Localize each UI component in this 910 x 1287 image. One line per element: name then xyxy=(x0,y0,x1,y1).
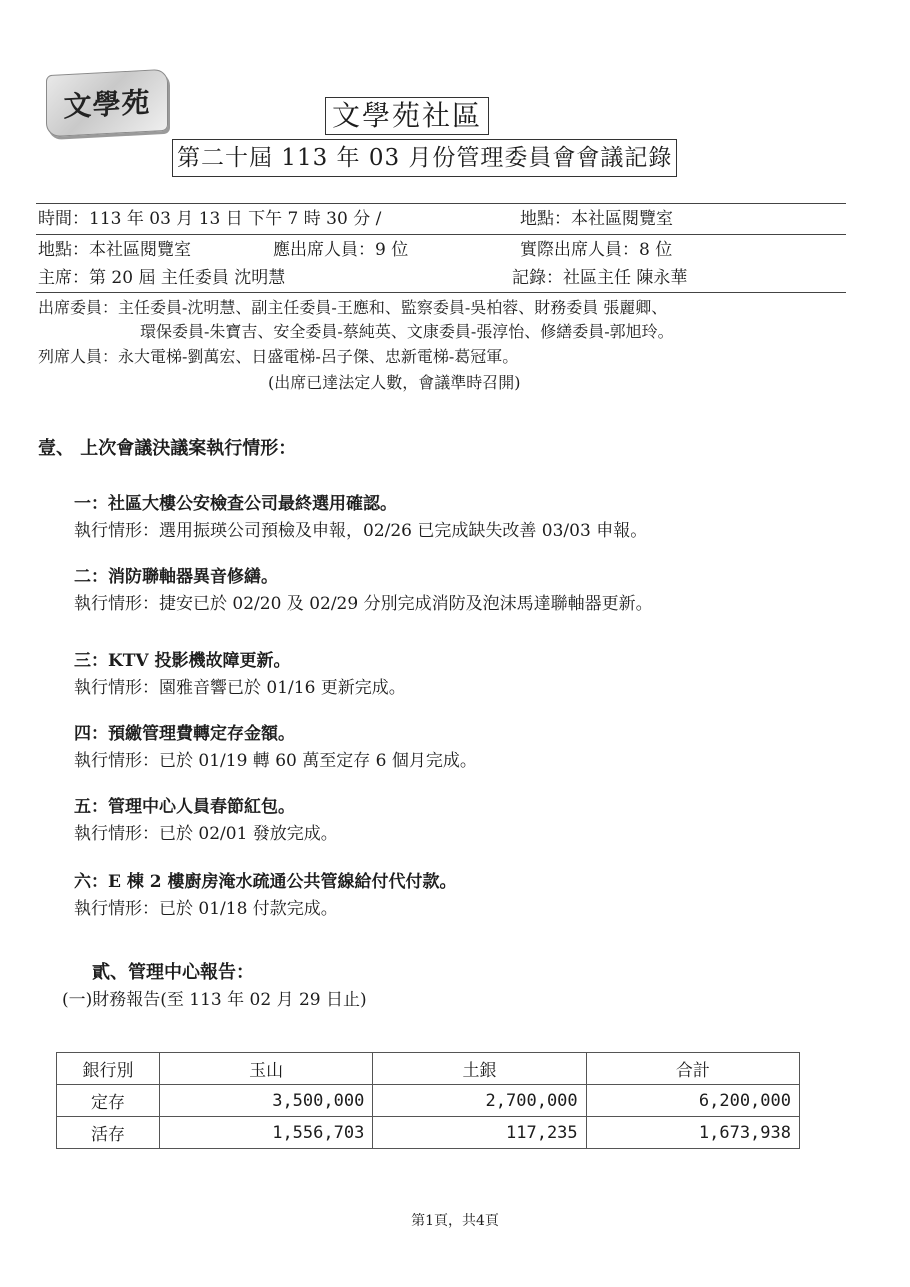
header-landbank: 土銀 xyxy=(373,1053,586,1085)
cell-value: 117,235 xyxy=(373,1117,586,1149)
meeting-time: 時間：113 年 03 月 13 日 下午 7 時 30 分 / xyxy=(38,208,381,230)
item-1-title: 一：社區大樓公安檢查公司最終選用確認。 xyxy=(74,492,397,516)
item-2-title: 二：消防聯軸器異音修繕。 xyxy=(74,565,278,589)
logo-text: 文學苑 xyxy=(63,81,150,126)
committee-attendees-line2: 環保委員-朱寶吉、安全委員-蔡純英、文康委員-張淳怡、修繕委員-郭旭玲。 xyxy=(140,321,674,343)
item-6-status: 執行情形：已於 01/18 付款完成。 xyxy=(74,897,338,921)
cell-value: 1,556,703 xyxy=(160,1117,373,1149)
finance-table: 銀行別 玉山 土銀 合計 定存 3,500,000 2,700,000 6,20… xyxy=(56,1052,800,1149)
table-header-row: 銀行別 玉山 土銀 合計 xyxy=(57,1053,800,1085)
meeting-chair: 主席：第 20 屆 主任委員 沈明慧 xyxy=(38,267,285,289)
community-logo: 文學苑 xyxy=(46,69,168,137)
section-two-heading: 貳、管理中心報告： xyxy=(92,961,254,985)
item-2-status: 執行情形：捷安已於 02/20 及 02/29 分別完成消防及泡沫馬達聯軸器更新… xyxy=(74,592,653,616)
document-title: 文學苑社區 xyxy=(325,97,489,135)
item-4-status: 執行情形：已於 01/19 轉 60 萬至定存 6 個月完成。 xyxy=(74,749,477,773)
header-bank: 銀行別 xyxy=(57,1053,160,1085)
table-row: 活存 1,556,703 117,235 1,673,938 xyxy=(57,1117,800,1149)
cell-value: 3,500,000 xyxy=(160,1085,373,1117)
section-one-heading: 壹、 上次會議決議案執行情形： xyxy=(38,437,296,461)
finance-report-heading: (一)財務報告(至 113 年 02 月 29 日止) xyxy=(62,988,367,1012)
cell-value: 1,673,938 xyxy=(586,1117,799,1149)
item-5-status: 執行情形：已於 02/01 發放完成。 xyxy=(74,822,338,846)
item-5-title: 五：管理中心人員春節紅包。 xyxy=(74,795,295,819)
observers: 列席人員：永大電梯-劉萬宏、日盛電梯-呂子傑、忠新電梯-葛冠軍。 xyxy=(38,346,518,368)
header-esun: 玉山 xyxy=(160,1053,373,1085)
row-label-demand-deposit: 活存 xyxy=(57,1117,160,1149)
quorum-note: (出席已達法定人數，會議準時召開) xyxy=(268,372,521,394)
item-4-title: 四：預繳管理費轉定存金額。 xyxy=(74,722,295,746)
cell-value: 2,700,000 xyxy=(373,1085,586,1117)
meeting-place-top: 地點：本社區閱覽室 xyxy=(520,208,673,230)
header-total: 合計 xyxy=(586,1053,799,1085)
divider-mid xyxy=(36,234,846,235)
document-subtitle: 第二十屆 113 年 03 月份管理委員會會議記錄 xyxy=(172,139,677,177)
actual-attendance: 實際出席人員：8 位 xyxy=(520,239,672,261)
divider-bottom xyxy=(36,292,846,293)
item-3-status: 執行情形：園雅音響已於 01/16 更新完成。 xyxy=(74,676,406,700)
expected-attendance: 應出席人員：9 位 xyxy=(273,239,408,261)
item-6-title: 六：E 棟 2 樓廚房淹水疏通公共管線給付代付款。 xyxy=(74,870,457,894)
table-row: 定存 3,500,000 2,700,000 6,200,000 xyxy=(57,1085,800,1117)
item-3-title: 三：KTV 投影機故障更新。 xyxy=(74,649,291,673)
cell-value: 6,200,000 xyxy=(586,1085,799,1117)
divider-top xyxy=(36,203,846,204)
committee-attendees-line1: 出席委員：主任委員-沈明慧、副主任委員-王應和、監察委員-吳柏蓉、財務委員 張麗… xyxy=(38,297,667,319)
row-label-fixed-deposit: 定存 xyxy=(57,1085,160,1117)
meeting-recorder: 記錄：社區主任 陳永華 xyxy=(512,267,687,289)
page-indicator: 第1頁，共4頁 xyxy=(0,1210,910,1230)
meeting-place: 地點：本社區閱覽室 xyxy=(38,239,191,261)
item-1-status: 執行情形：選用振瑛公司預檢及申報，02/26 已完成缺失改善 03/03 申報。 xyxy=(74,519,647,543)
